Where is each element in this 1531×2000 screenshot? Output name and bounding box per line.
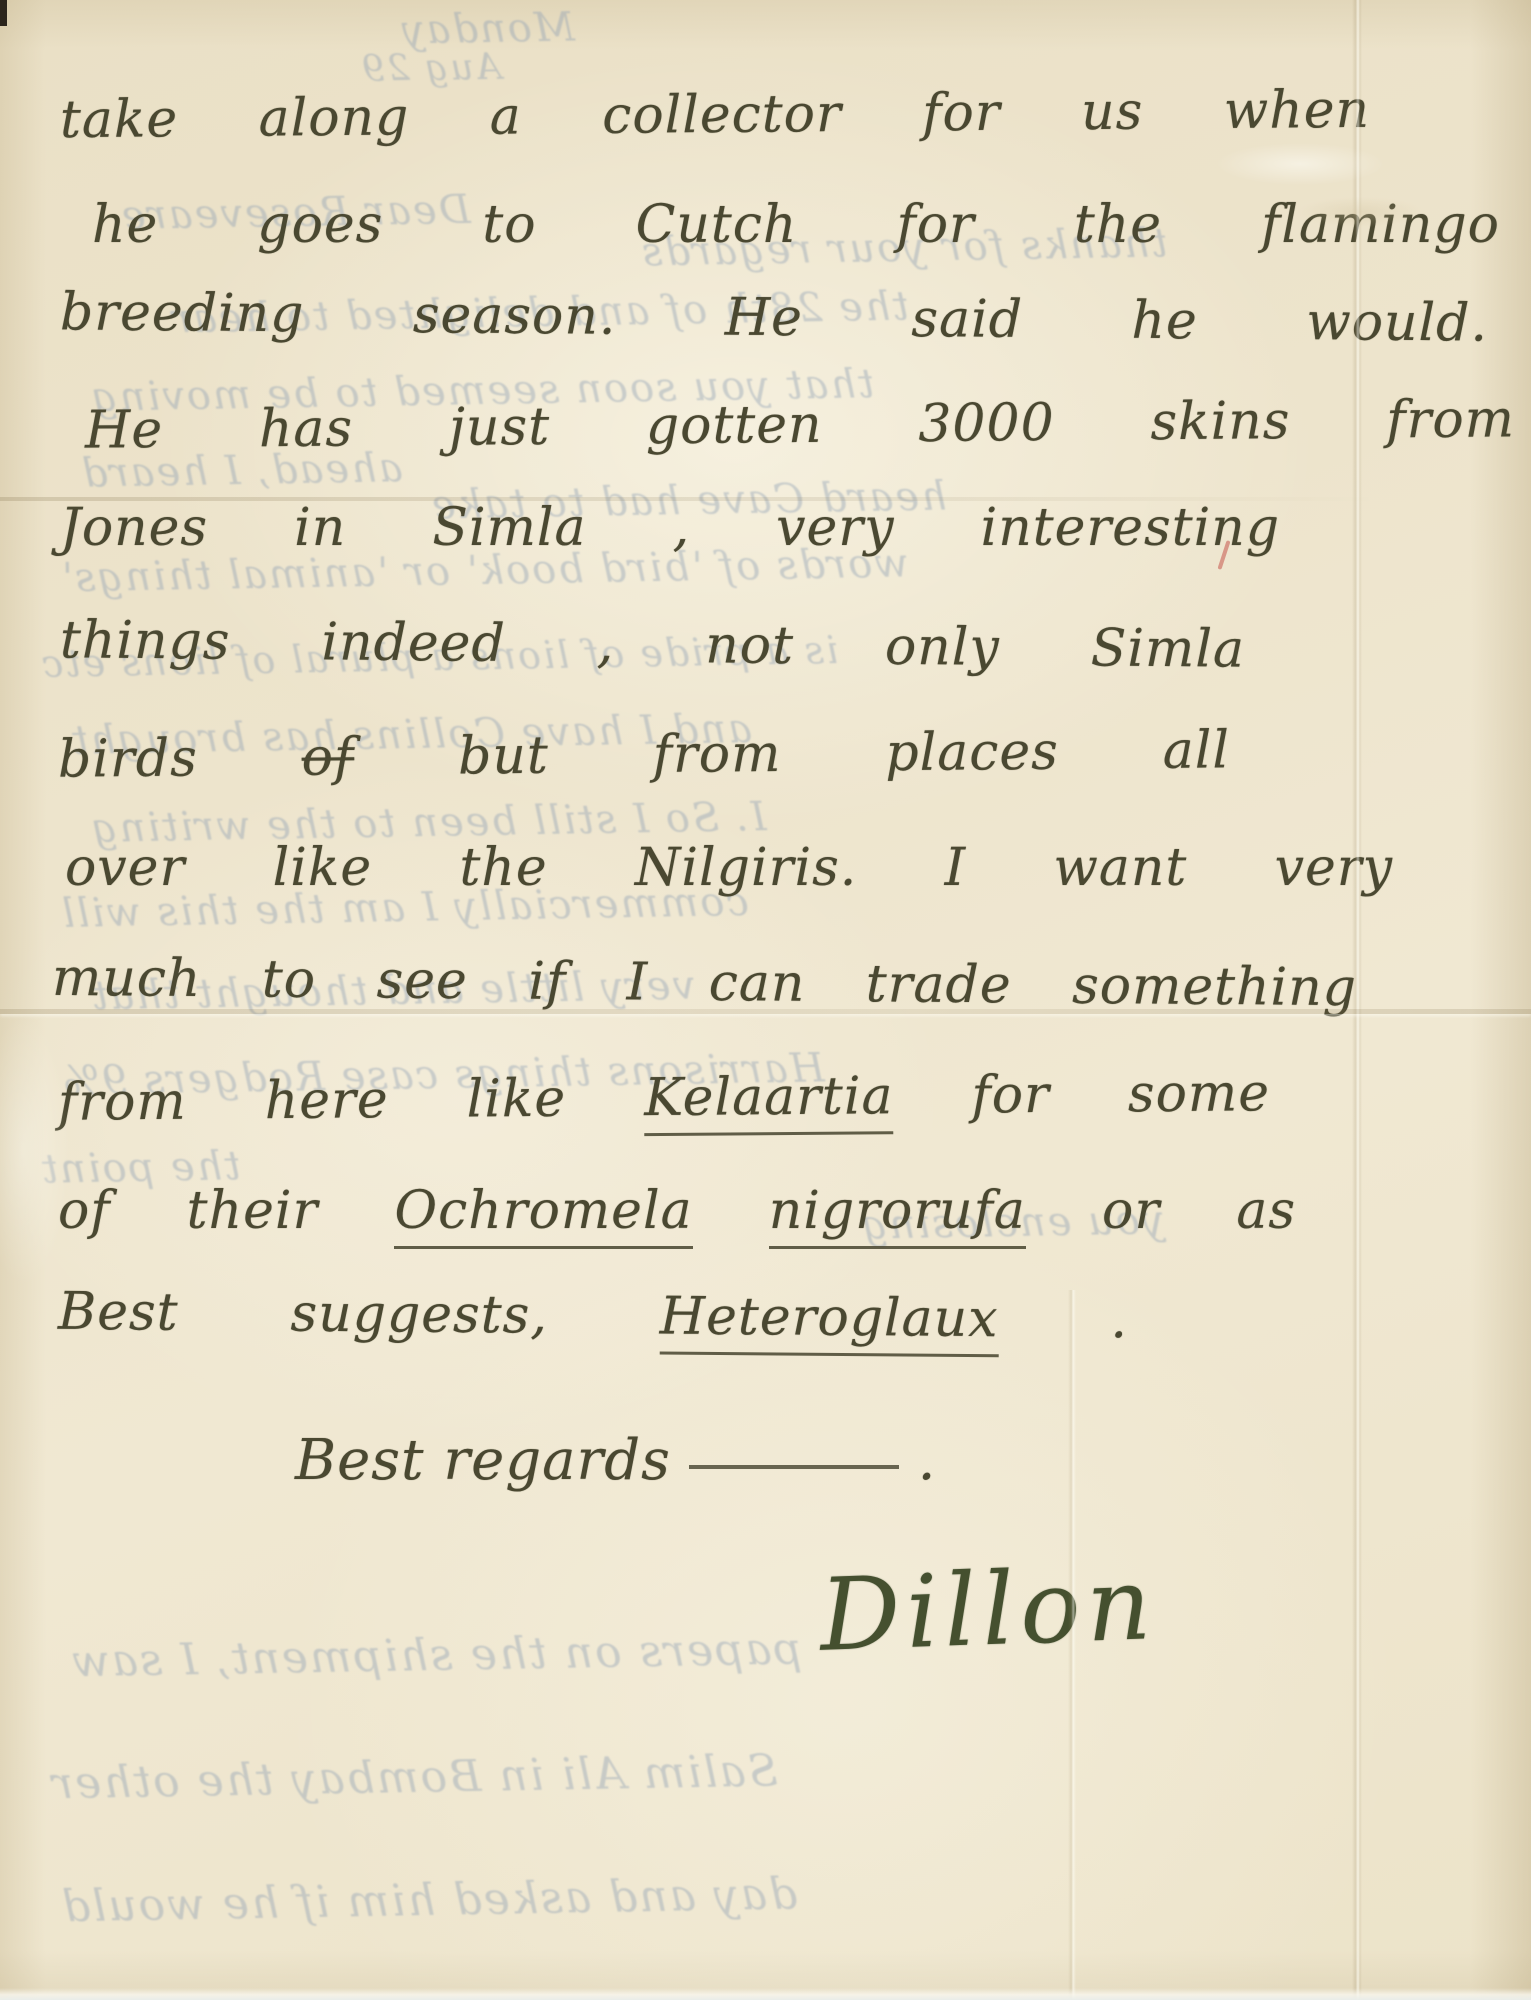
letter-line: of their Ochromela nigrorufa or as	[58, 1178, 1296, 1246]
letter-text: He has just gotten 3000 skins from	[85, 389, 1515, 460]
letter-text: of	[301, 727, 354, 787]
letter-text: Dillon	[818, 1545, 1159, 1674]
letter-text: Jones in Simla , very interesting	[60, 498, 1280, 558]
letter-text: nigrorufa	[769, 1181, 1026, 1249]
letter-page: MondayAug 29Dear Rosevearethanks for you…	[0, 0, 1531, 2000]
bleedthrough-line: day and asked him if he would	[60, 1869, 798, 1933]
letter-text: .	[998, 1289, 1128, 1350]
letter-line: He has just gotten 3000 skins from	[85, 386, 1515, 465]
letter-line: he goes to Cutch for the flamingo	[92, 192, 1500, 260]
letter-text: take along a collector for us when	[60, 80, 1370, 150]
letter-text: or as	[1026, 1181, 1296, 1241]
letter-text: .	[899, 1428, 937, 1493]
letter-text: but from places all	[354, 720, 1230, 787]
letter-line: over like the Nilgiris. I want very	[65, 835, 1393, 903]
letter-text	[693, 1181, 769, 1241]
letter-line: birds of but from places all	[58, 717, 1230, 794]
letter-line: breeding season. He said he would.	[60, 279, 1488, 358]
letter-text: he goes to Cutch for the flamingo	[92, 195, 1500, 255]
letter-text: breeding season. He said he would.	[60, 282, 1488, 353]
letter-text: things indeed , not only Simla	[60, 610, 1245, 679]
bleedthrough-line: papers on the shipment, I saw	[70, 1624, 803, 1688]
letter-line: from here like Kelaartia for some	[58, 1060, 1270, 1137]
letter-text: of their	[58, 1181, 394, 1241]
letter-text: Kelaartia	[644, 1066, 894, 1136]
letter-line: much to see if I can trade something	[52, 945, 1357, 1023]
letter-line: Best suggests, Heteroglaux .	[58, 1279, 1128, 1355]
scan-edge-mark	[0, 0, 7, 26]
letter-line: take along a collector for us when	[60, 77, 1370, 155]
letter-text: over like the Nilgiris. I want very	[65, 838, 1393, 898]
letter-text: for some	[893, 1063, 1270, 1126]
letter-text: birds	[58, 728, 302, 790]
letter-closing: Best regards .	[295, 1425, 936, 1498]
letter-text: Ochromela	[394, 1181, 692, 1249]
letter-text: Best regards	[295, 1428, 671, 1493]
bleedthrough-line: Salim Ali in Bombay the other	[50, 1746, 779, 1810]
letter-text: from here like	[58, 1068, 645, 1133]
letter-signature: Dillon	[818, 1539, 1159, 1681]
letter-text: Heteroglaux	[660, 1287, 999, 1358]
letter-text: Best suggests,	[58, 1282, 660, 1347]
letter-text: much to see if I can trade something	[52, 948, 1357, 1018]
letter-line: Jones in Simla , very interesting	[60, 495, 1280, 563]
closing-dash	[689, 1461, 899, 1469]
letter-line: things indeed , not only Simla	[60, 607, 1245, 684]
paper-bottom-edge	[0, 1988, 1531, 2000]
